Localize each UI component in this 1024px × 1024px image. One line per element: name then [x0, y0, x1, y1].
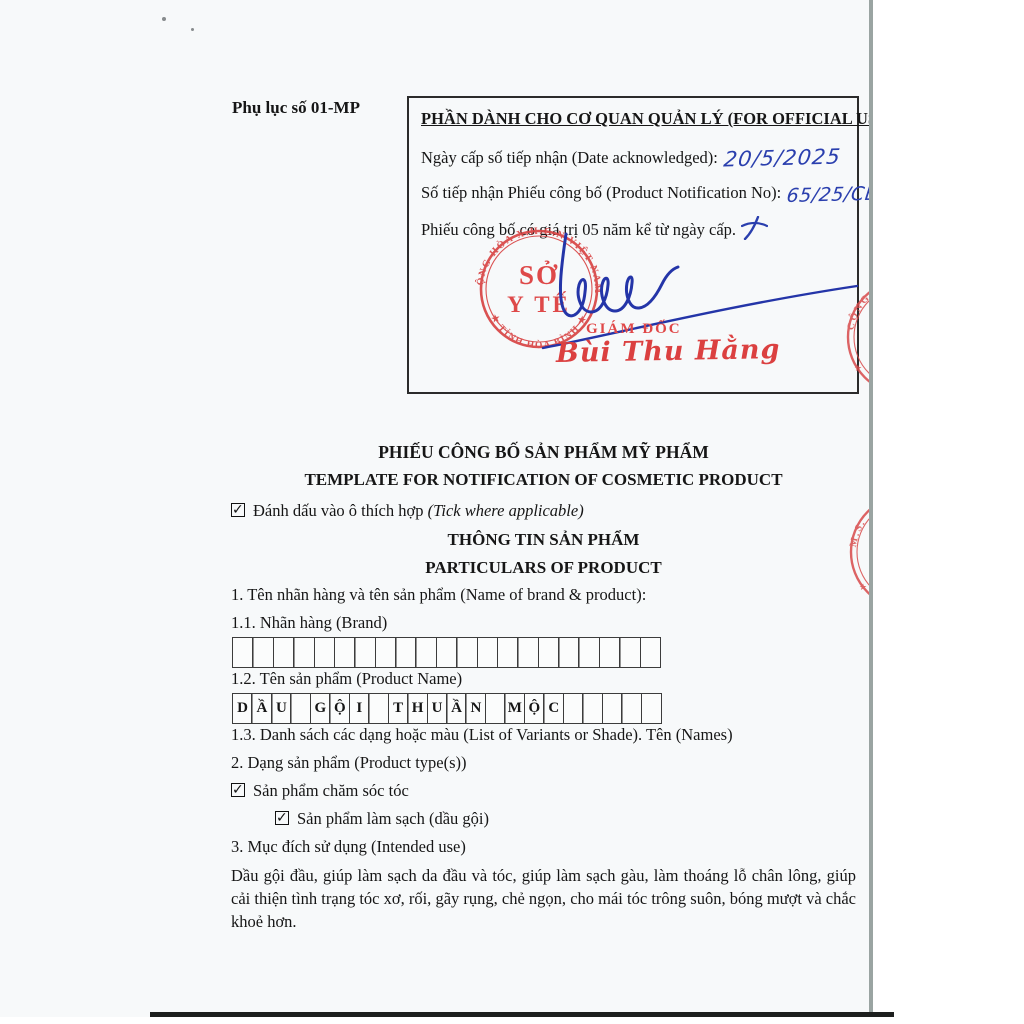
- page-right-edge: [869, 0, 873, 1016]
- grid-cell: [517, 637, 539, 668]
- grid-cell: [354, 637, 376, 668]
- grid-cell: [477, 637, 499, 668]
- edge-stamp-star: ★: [859, 582, 867, 592]
- grid-cell: M: [504, 693, 525, 724]
- scan-speck: [191, 28, 194, 31]
- svg-text:CỘNG HÒA: CỘNG HÒA: [845, 277, 872, 331]
- director-name: Bùi Thu Hằng: [556, 334, 781, 369]
- doc-title-en: TEMPLATE FOR NOTIFICATION OF COSMETIC PR…: [231, 468, 856, 492]
- grid-cell: [621, 693, 642, 724]
- grid-cell: [436, 637, 458, 668]
- section-3-heading: 3. Mục đích sử dụng (Intended use): [231, 836, 856, 858]
- checkbox-hair-care: ✓Sản phẩm chăm sóc tóc: [231, 780, 856, 802]
- official-use-header: PHẦN DÀNH CHO CƠ QUAN QUẢN LÝ (FOR OFFIC…: [421, 109, 872, 129]
- edge-stamp-top: CỘNG HÒA ★: [840, 272, 872, 402]
- section-1-3-heading: 1.3. Danh sách các dạng hoặc màu (List o…: [231, 724, 856, 746]
- grid-cell: [293, 637, 315, 668]
- scanned-page: Phụ lục số 01-MP PHẦN DÀNH CHO CƠ QUAN Q…: [0, 0, 872, 1017]
- hair-care-checkbox: ✓: [231, 783, 245, 797]
- grid-cell: [395, 637, 417, 668]
- appendix-label: Phụ lục số 01-MP: [232, 98, 360, 118]
- grid-cell: [538, 637, 560, 668]
- brand-grid: [232, 637, 660, 668]
- grid-cell: [619, 637, 641, 668]
- date-acknowledged-handwritten: 20/5/2025: [722, 144, 842, 171]
- grid-cell: U: [271, 693, 292, 724]
- edge-stamp-star: ★: [854, 363, 862, 373]
- grid-cell: [334, 637, 356, 668]
- product-info-title-en: PARTICULARS OF PRODUCT: [231, 556, 856, 580]
- section-2-heading: 2. Dạng sản phẩm (Product type(s)): [231, 752, 856, 774]
- grid-cell: [375, 637, 397, 668]
- intended-use-paragraph: Dầu gội đầu, giúp làm sạch da đầu và tóc…: [231, 864, 856, 933]
- grid-cell: [641, 693, 662, 724]
- grid-cell: [578, 637, 600, 668]
- grid-cell: [602, 693, 623, 724]
- date-acknowledged-label: Ngày cấp số tiếp nhận (Date acknowledged…: [421, 148, 718, 167]
- notification-no-handwritten: 65/25/CBMP-HB: [786, 181, 872, 207]
- grid-cell: C: [543, 693, 564, 724]
- grid-cell: [273, 637, 295, 668]
- grid-cell: [582, 693, 603, 724]
- product-name-grid: DẦUGỘITHUẦNMỘC: [232, 693, 660, 724]
- edge-stamp-top-text: CỘNG HÒA: [845, 277, 872, 331]
- tick-instruction-checkbox: ✓: [231, 503, 245, 517]
- doc-title-vi: PHIẾU CÔNG BỐ SẢN PHẨM MỸ PHẨM: [231, 440, 856, 464]
- brand-label: 1.1. Nhãn hàng (Brand): [231, 612, 856, 634]
- grid-cell: T: [388, 693, 409, 724]
- grid-cell: G: [310, 693, 331, 724]
- product-info-title-vi: THÔNG TIN SẢN PHẨM: [231, 528, 856, 552]
- grid-cell: [252, 637, 274, 668]
- grid-cell: [456, 637, 478, 668]
- grid-cell: [599, 637, 621, 668]
- grid-cell: N: [465, 693, 486, 724]
- notification-no-label: Số tiếp nhận Phiếu công bố (Product Noti…: [421, 183, 781, 202]
- checkbox-cleansing: ✓Sản phẩm làm sạch (dầu gội): [275, 808, 856, 830]
- grid-cell: [415, 637, 437, 668]
- grid-cell: [640, 637, 662, 668]
- grid-cell: Ầ: [251, 693, 272, 724]
- scan-speck: [162, 17, 166, 21]
- grid-cell: I: [349, 693, 370, 724]
- grid-cell: [290, 693, 311, 724]
- grid-cell: Ầ: [446, 693, 467, 724]
- grid-cell: Ộ: [329, 693, 350, 724]
- grid-cell: [558, 637, 580, 668]
- grid-cell: D: [232, 693, 253, 724]
- section-1-heading: 1. Tên nhãn hàng và tên sản phẩm (Name o…: [231, 584, 856, 606]
- grid-cell: [485, 693, 506, 724]
- document-body: PHIẾU CÔNG BỐ SẢN PHẨM MỸ PHẨM TEMPLATE …: [231, 440, 856, 933]
- grid-cell: Ộ: [524, 693, 545, 724]
- page-bottom-edge: [150, 1012, 894, 1017]
- tick-instruction: ✓Đánh dấu vào ô thích hợp (Tick where ap…: [231, 500, 856, 522]
- grid-cell: [368, 693, 389, 724]
- cleansing-checkbox: ✓: [275, 811, 289, 825]
- grid-cell: [314, 637, 336, 668]
- grid-cell: [563, 693, 584, 724]
- grid-cell: U: [427, 693, 448, 724]
- grid-cell: [232, 637, 254, 668]
- product-name-label: 1.2. Tên sản phẩm (Product Name): [231, 668, 856, 690]
- grid-cell: H: [407, 693, 428, 724]
- grid-cell: [497, 637, 519, 668]
